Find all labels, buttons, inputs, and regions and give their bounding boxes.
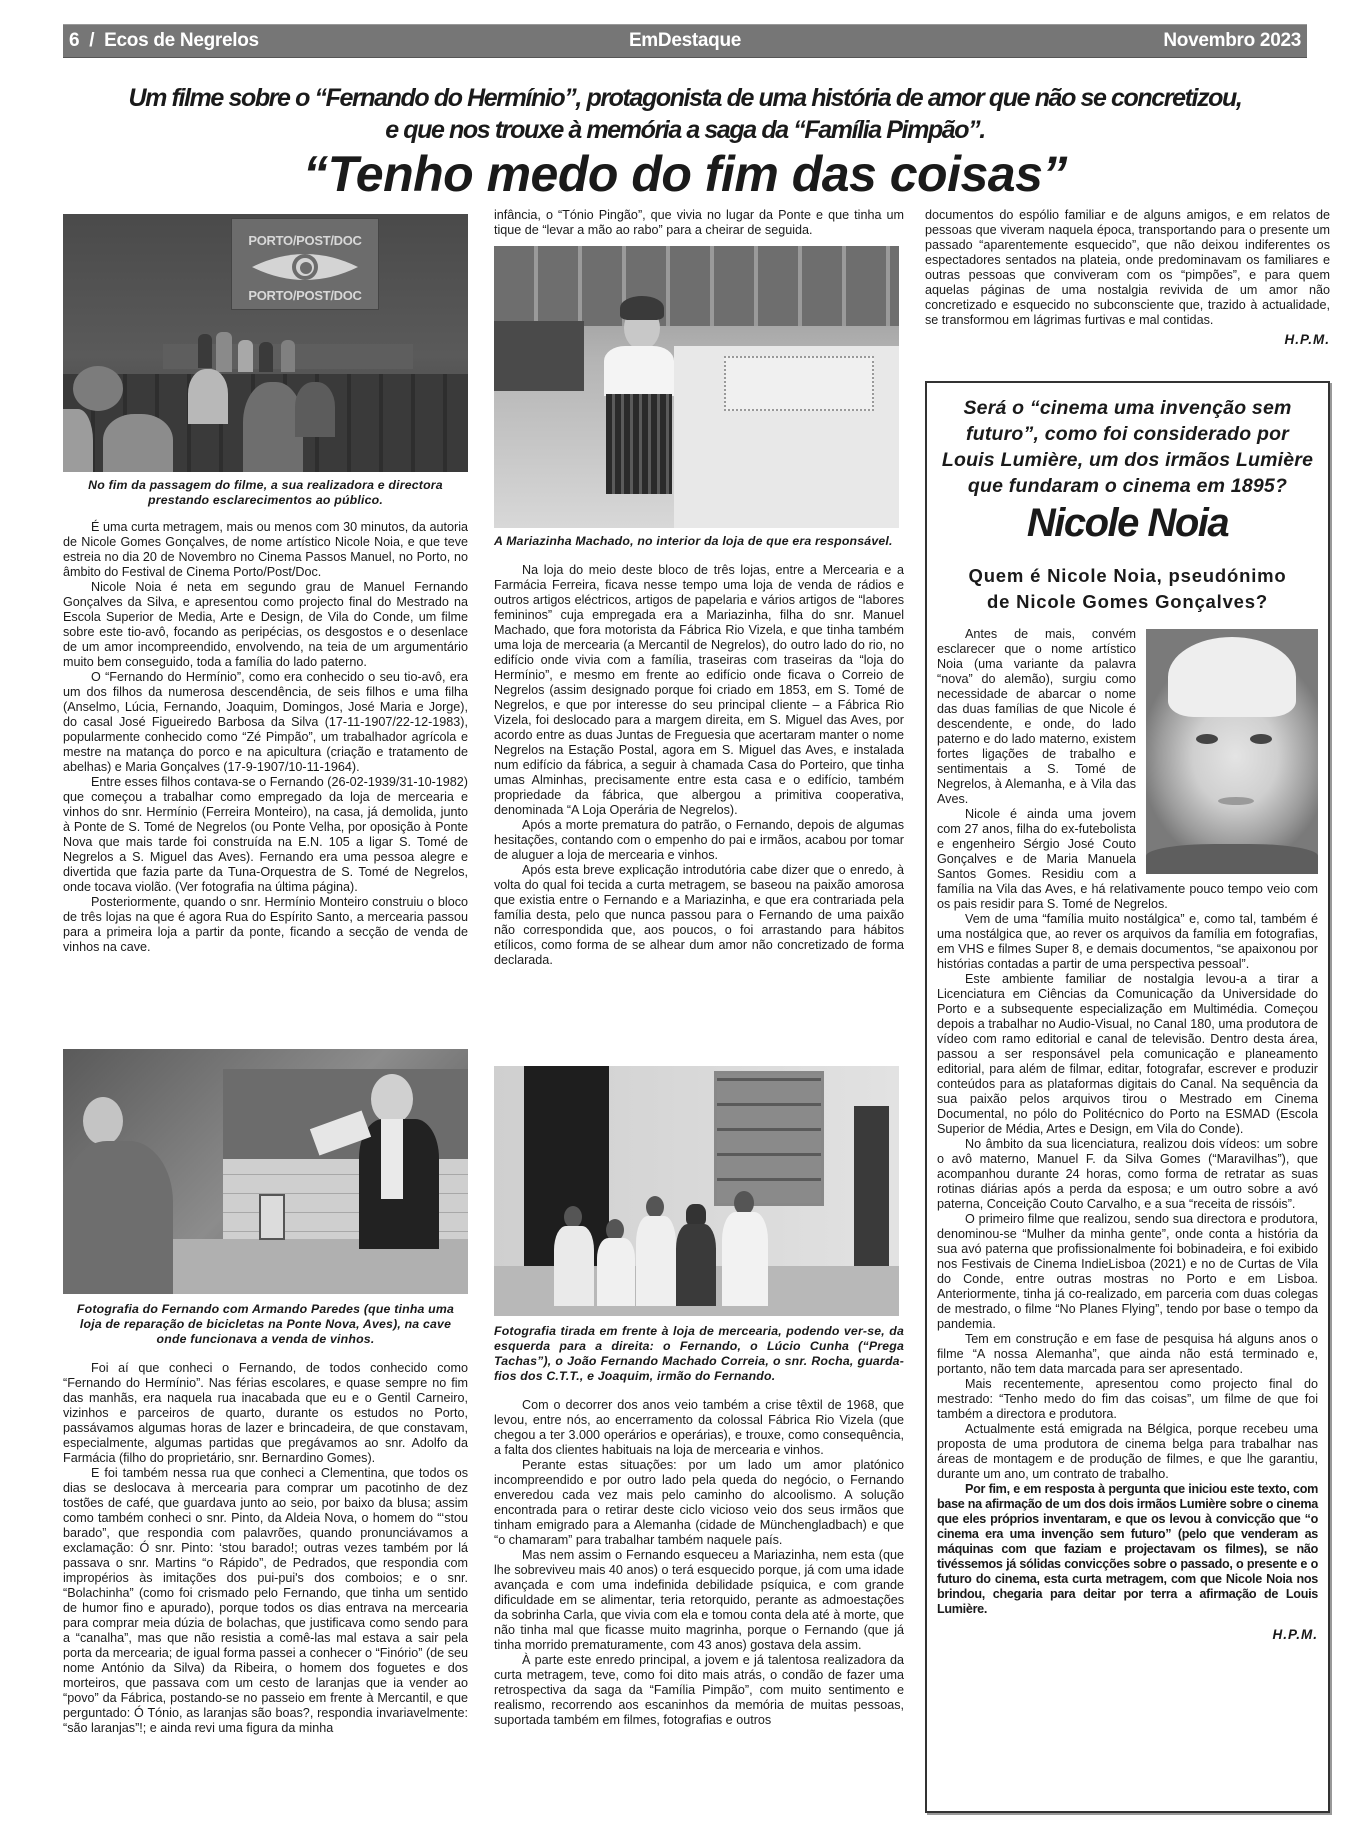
column-1-body-bottom: Foi aí que conheci o Fernando, de todos … (63, 1361, 468, 1736)
eye-logo-icon (250, 249, 360, 285)
photo-caption-3: Fotografia do Fernando com Armando Pared… (65, 1302, 466, 1347)
paragraph: Após a morte prematura do patrão, o Fern… (494, 818, 904, 863)
paragraph: Mais recentemente, apresentou como proje… (937, 1377, 1318, 1422)
photo-cinema-audience: PORTO/POST/DOC PORTO/POST/DOC (63, 214, 468, 472)
column-1: PORTO/POST/DOC PORTO/POST/DOC No fim da … (63, 214, 468, 955)
column-1-body-top: É uma curta metragem, mais ou menos com … (63, 520, 468, 955)
column-2-body-bottom: Com o decorrer dos anos veio também a cr… (494, 1398, 904, 1728)
paragraph: Este ambiente familiar de nostalgia levo… (937, 972, 1318, 1137)
kicker-line-1: Um filme sobre o “Fernando do Hermínio”,… (63, 82, 1307, 114)
screen-text-top: PORTO/POST/DOC (248, 233, 361, 248)
sidebar-name-title: Nicole Noia (927, 501, 1328, 545)
sidebar-body: Antes de mais, convém esclarecer que o n… (927, 627, 1328, 1642)
column-1-lower: Fotografia do Fernando com Armando Pared… (63, 1049, 468, 1736)
column-2: infância, o “Tónio Pingão”, que vivia no… (494, 208, 904, 968)
column-2-body-mid: Na loja do meio deste bloco de três loja… (494, 563, 904, 968)
paragraph: Entre esses filhos contava-se o Fernando… (63, 775, 468, 895)
article-signature: H.P.M. (925, 332, 1330, 347)
paragraph: infância, o “Tónio Pingão”, que vivia no… (494, 208, 904, 238)
closing-paragraph: Por fim, e em resposta à pergunta que in… (937, 1482, 1318, 1617)
photo-men-in-front-of-shop (494, 1066, 899, 1316)
paragraph: Após esta breve explicação introdutória … (494, 863, 904, 968)
paragraph: Tem em construção e em fase de pesquisa … (937, 1332, 1318, 1377)
page-number-and-publication: 6 / Ecos de Negrelos (69, 30, 259, 52)
sidebar-profile-box: Será o “cinema uma invenção sem futuro”,… (925, 381, 1330, 1813)
page-header-bar: 6 / Ecos de Negrelos EmDestaque Novembro… (63, 24, 1307, 58)
paragraph: O “Fernando do Hermínio”, como era conhe… (63, 670, 468, 775)
paragraph: À parte este enredo principal, a jovem e… (494, 1653, 904, 1728)
paragraph: Actualmente está emigrada na Bélgica, po… (937, 1422, 1318, 1482)
paragraph: Foi aí que conheci o Fernando, de todos … (63, 1361, 468, 1466)
photo-mariazinha-machado (494, 246, 899, 528)
cinema-screen: PORTO/POST/DOC PORTO/POST/DOC (231, 218, 379, 310)
paragraph: Perante estas situações: por um lado um … (494, 1458, 904, 1548)
paragraph: Com o decorrer dos anos veio também a cr… (494, 1398, 904, 1458)
photo-caption-1: No fim da passagem do filme, a sua reali… (87, 478, 444, 508)
paragraph: O primeiro filme que realizou, sendo sua… (937, 1212, 1318, 1332)
sidebar-signature: H.P.M. (937, 1627, 1318, 1642)
sidebar-question: Será o “cinema uma invenção sem futuro”,… (927, 395, 1328, 499)
paragraph: documentos do espólio familiar e de algu… (925, 208, 1330, 328)
article-kicker: Um filme sobre o “Fernando do Hermínio”,… (63, 82, 1307, 146)
paragraph: Na loja do meio deste bloco de três loja… (494, 563, 904, 818)
paragraph: Mas nem assim o Fernando esqueceu a Mari… (494, 1548, 904, 1653)
photo-fernando-and-armando (63, 1049, 468, 1294)
column-3: documentos do espólio familiar e de algu… (925, 208, 1330, 347)
paragraph: No âmbito da sua licenciatura, realizou … (937, 1137, 1318, 1212)
article-headline: “Tenho medo do fim das coisas” (63, 146, 1307, 202)
column-2-lower: Fotografia tirada em frente à loja de me… (494, 1066, 904, 1728)
paragraph: Posteriormente, quando o snr. Hermínio M… (63, 895, 468, 955)
paragraph: Nicole Noia é neta em segundo grau de Ma… (63, 580, 468, 670)
sidebar-subtitle: Quem é Nicole Noia, pseudónimo de Nicole… (927, 563, 1328, 615)
paragraph: Vem de uma “família muito nostálgica” e,… (937, 912, 1318, 972)
photo-caption-2: A Mariazinha Machado, no interior da loj… (494, 534, 904, 549)
portrait-photo-nicole-noia (1146, 629, 1318, 874)
photo-caption-4: Fotografia tirada em frente à loja de me… (494, 1324, 904, 1384)
issue-date: Novembro 2023 (1163, 30, 1301, 52)
paragraph: É uma curta metragem, mais ou menos com … (63, 520, 468, 580)
kicker-line-2: e que nos trouxe à memória a saga da “Fa… (63, 114, 1307, 146)
screen-text-bottom: PORTO/POST/DOC (248, 288, 361, 303)
paragraph: E foi também nessa rua que conheci a Cle… (63, 1466, 468, 1736)
